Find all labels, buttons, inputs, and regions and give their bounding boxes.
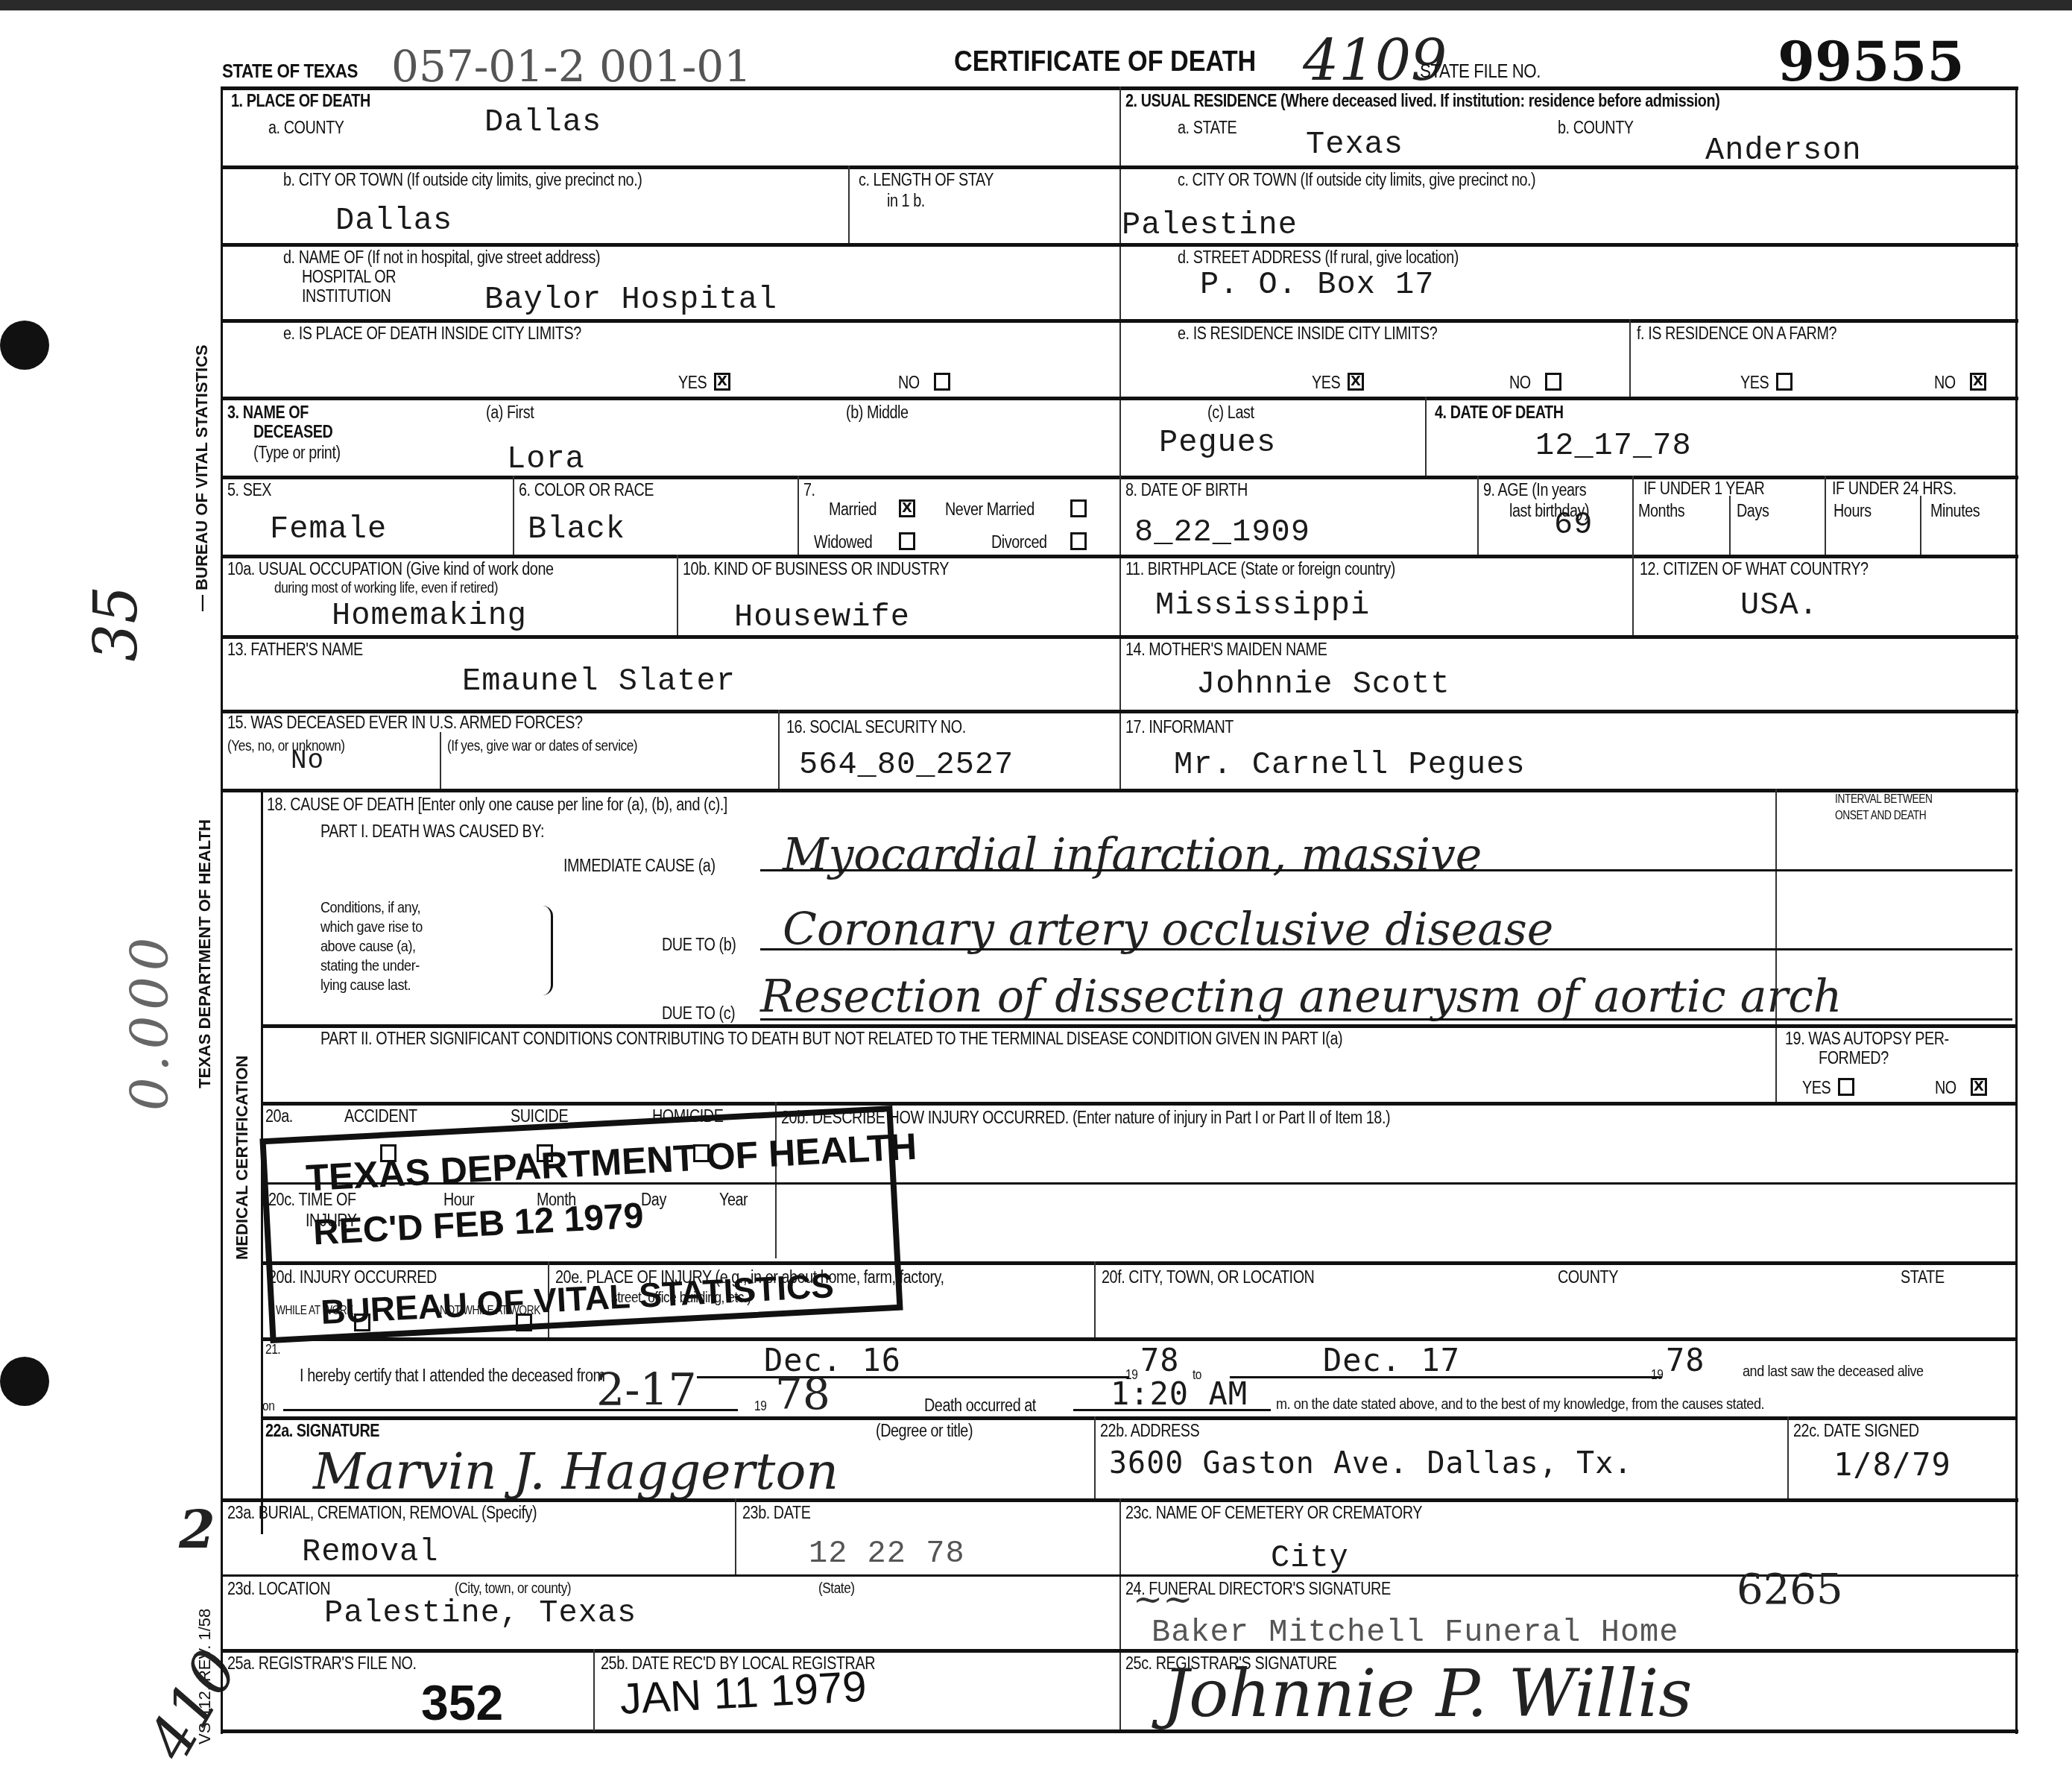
residence-street-value: P. O. Box 17 [1200,267,1434,303]
cell-divider [1825,476,1826,556]
cell-divider [735,1498,736,1574]
married-checkbox[interactable]: X [899,499,915,517]
center-divider [1119,86,1121,789]
autopsy-yes-checkbox[interactable] [1838,1078,1854,1096]
never-married-checkbox[interactable] [1070,499,1087,517]
inside-city-label: e. IS PLACE OF DEATH INSIDE CITY LIMITS? [283,324,581,344]
cell-divider [513,476,514,556]
interval-divider [1775,789,1777,1102]
date-signed-value: 1/8/79 [1833,1446,1951,1483]
farm-yes-checkbox[interactable] [1776,373,1793,391]
yes-label: YES [1802,1078,1831,1098]
middle-name-label: (b) Middle [846,403,909,423]
cell-divider [1094,1261,1096,1337]
conditions-label: which gave rise to [320,918,423,936]
no-label: NO [898,373,920,393]
disposition-date-value: 12 22 78 [809,1536,965,1571]
death-time-tail-text: m. on the date stated above, and to the … [1276,1396,1764,1413]
cell-divider [1729,496,1731,556]
injury-city-label: 20f. CITY, TOWN, OR LOCATION [1102,1267,1314,1287]
punch-hole [0,1357,49,1406]
cell-divider [1632,476,1634,556]
attended-to-date: Dec. 17 [1323,1342,1460,1378]
residence-state-value: Texas [1306,127,1403,163]
residence-state-label: a. STATE [1178,118,1236,138]
part2-label: PART II. OTHER SIGNIFICANT CONDITIONS CO… [320,1029,1342,1049]
row-divider [221,789,2018,792]
interval-label-2: ONSET AND DEATH [1835,810,1926,823]
dob-label: 8. DATE OF BIRTH [1125,480,1248,500]
row-divider [221,319,2018,323]
on-label: on [262,1399,274,1414]
length-of-stay-label-2: in 1 b. [887,191,925,211]
autopsy-label-2: FORMED? [1819,1048,1889,1068]
scan-top-edge [0,0,2072,10]
handwritten-code: 057-01-2 001-01 [391,41,751,92]
never-married-label: Never Married [945,499,1035,520]
registrar-file-label: 25a. REGISTRAR'S FILE NO. [227,1653,417,1674]
yes-label: YES [1312,373,1340,393]
margin-medical-cert-label: MEDICAL CERTIFICATION [233,1056,252,1260]
widowed-checkbox[interactable] [899,532,915,550]
days-label: Days [1737,501,1769,521]
dob-value: 8_22_1909 [1134,514,1310,550]
sex-value: Female [270,511,387,547]
row-divider [221,635,2018,639]
interval-label: INTERVAL BETWEEN [1835,793,1932,807]
hospital-value: Baylor Hospital [484,282,777,318]
residence-city-value: Palestine [1122,207,1298,243]
residence-city-label: c. CITY OR TOWN (If outside city limits,… [1178,170,1535,190]
fill-line [697,1376,1129,1378]
occupation-label: 10a. USUAL OCCUPATION (Give kind of work… [227,559,554,579]
residence-county-label: b. COUNTY [1558,118,1634,138]
last-name-label: (c) Last [1207,403,1254,423]
accident-label: ACCIDENT [344,1106,417,1126]
cause-of-death-label: 18. CAUSE OF DEATH [Enter only one cause… [267,795,727,815]
cell-divider [1119,476,1121,556]
cell-divider [593,1649,595,1731]
death-time-value: 1:20 AM [1111,1375,1248,1412]
conditions-label: stating the under- [320,957,420,975]
yes-label: YES [678,373,707,393]
sex-label: 5. SEX [227,480,271,500]
fill-line [1230,1376,1662,1378]
father-label: 13. FATHER'S NAME [227,640,363,660]
date-signed-label: 22c. DATE SIGNED [1793,1421,1919,1441]
hospital-label-3: INSTITUTION [302,286,391,306]
married-label: Married [829,499,877,520]
cause-line-c [760,1018,2012,1021]
registrar-file-number: 352 [421,1674,503,1731]
armed-forces-label: 15. WAS DECEASED EVER IN U.S. ARMED FORC… [227,713,582,733]
length-of-stay-label: c. LENGTH OF STAY [859,170,994,190]
widowed-label: Widowed [814,532,872,552]
place-of-death-label: 1. PLACE OF DEATH [231,91,370,111]
cause-line-a [760,869,2012,871]
occupation-label-2: during most of working life, even if ret… [274,580,498,597]
immediate-cause-label: IMMEDIATE CAUSE (a) [563,856,716,876]
cell-divider [1119,1498,1121,1729]
cell-divider [1425,397,1427,477]
divorced-label: Divorced [991,532,1047,552]
row-divider [221,397,2018,400]
last-saw-text: and last saw the deceased alive [1743,1363,1924,1381]
occupation-value: Homemaking [332,598,527,634]
degree-label: (Degree or title) [876,1421,973,1441]
cemetery-value: City [1271,1540,1349,1576]
frame-right [2015,86,2018,1734]
certificate-title: CERTIFICATE OF DEATH [954,46,1256,78]
business-label: 10b. KIND OF BUSINESS OR INDUSTRY [683,559,949,579]
due-to-c-label: DUE TO (c) [662,1003,735,1024]
residence-county-value: Anderson [1705,133,1862,168]
conditions-label: Conditions, if any, [320,899,420,917]
injury-type-label: 20a. [265,1106,293,1126]
ssn-value: 564_80_2527 [799,747,1014,783]
margin-handwritten-2: 2 [179,1498,215,1560]
marital-label: 7. [803,480,815,500]
injury-state-label: STATE [1901,1267,1945,1287]
months-label: Months [1638,501,1684,521]
year-prefix: 19 [754,1399,766,1414]
usual-residence-label: 2. USUAL RESIDENCE (Where deceased lived… [1125,91,1719,111]
first-name-value: Lora [507,441,585,477]
row-divider [221,165,2018,169]
residence-inside-city-no-checkbox[interactable] [1545,373,1561,391]
row-divider [261,1102,2017,1106]
cell-divider [1477,476,1479,556]
age-label: 9. AGE (In years [1483,480,1586,500]
year-prefix: 19 [1651,1367,1663,1383]
citizen-value: USA. [1740,587,1819,623]
due-to-b-label: DUE TO (b) [662,935,736,955]
physician-address: 3600 Gaston Ave. Dallas, Tx. [1109,1446,1632,1481]
death-city-label: b. CITY OR TOWN (If outside city limits,… [283,170,642,190]
armed-forces-sub-label: (Yes, no, or unknown) [227,738,345,755]
cemetery-label: 23c. NAME OF CEMETERY OR CREMATORY [1125,1503,1422,1523]
immediate-cause-value: Myocardial infarction, massive [783,829,1482,881]
state-file-number: 99555 [1778,30,1965,93]
margin-bureau-label: — BUREAU OF VITAL STATISTICS [192,344,212,611]
row-divider [221,555,2018,558]
death-city-value: Dallas [335,203,452,239]
location-label: 23d. LOCATION [227,1579,330,1599]
margin-handwritten-circles: 0.000 [119,932,180,1111]
farm-no-checkbox[interactable]: X [1970,373,1986,391]
hours-label: Hours [1833,501,1872,521]
state-label: STATE OF TEXAS [222,60,358,83]
margin-dept-label: TEXAS DEPARTMENT OF HEALTH [195,819,215,1088]
cell-divider [848,165,850,245]
registrar-signature: Johnnie P. Willis [1163,1655,1692,1732]
conditions-label: lying cause last. [320,977,411,994]
disposition-date-label: 23b. DATE [742,1503,810,1523]
cause-line-b [760,948,2012,950]
row-divider [221,243,2018,247]
funeral-director-number: 6265 [1737,1565,1843,1614]
row-divider [261,1024,2017,1028]
inside-city-yes-checkbox[interactable]: X [714,373,730,391]
divorced-checkbox[interactable] [1070,532,1087,550]
disposition-label: 23a. BURIAL, CREMATION, REMOVAL (Specify… [227,1503,537,1523]
cell-divider [1094,1416,1096,1500]
mother-label: 14. MOTHER'S MAIDEN NAME [1125,640,1327,660]
birthplace-value: Mississippi [1155,587,1370,623]
age-value: 69 [1554,507,1593,543]
cell-divider [440,732,441,790]
due-to-c-value: Resection of dissecting aneurysm of aort… [760,971,1842,1023]
margin-handwritten-35: 35 [81,586,151,662]
frame-left [221,86,223,1734]
state-sub-label: (State) [818,1580,855,1598]
date-of-death-value: 12_17_78 [1535,428,1692,464]
name-label-2: DECEASED [253,422,332,442]
name-label-3: (Type or print) [253,443,341,463]
birthplace-label: 11. BIRTHPLACE (State or foreign country… [1125,559,1395,579]
inside-city-no-checkbox[interactable] [934,373,950,391]
autopsy-label: 19. WAS AUTOPSY PER- [1785,1029,1949,1049]
signature-label: 22a. SIGNATURE [265,1421,379,1441]
punch-hole [0,321,49,370]
autopsy-no-checkbox[interactable]: X [1971,1078,1987,1096]
address-label: 22b. ADDRESS [1100,1421,1199,1441]
row-divider [261,1337,2017,1341]
informant-value: Mr. Carnell Pegues [1174,747,1526,783]
armed-forces-value: No [291,745,324,776]
part1-label: PART I. DEATH WAS CAUSED BY: [320,822,544,842]
business-value: Housewife [734,599,910,635]
injury-county-label: COUNTY [1558,1267,1618,1287]
fill-line [283,1409,738,1411]
hospital-label: d. NAME OF (If not in hospital, give str… [283,247,600,268]
county-label: a. COUNTY [268,118,344,138]
conditions-label: above cause (a), [320,938,416,956]
funeral-home-value: Baker Mitchell Funeral Home [1152,1615,1679,1650]
death-county-value: Dallas [484,104,601,140]
cell-divider [797,476,799,556]
race-label: 6. COLOR OR RACE [519,480,654,500]
under-1-year-label: IF UNDER 1 YEAR [1643,479,1764,499]
armed-service-label: (If yes, give war or dates of service) [447,738,637,755]
mother-value: Johnnie Scott [1196,666,1450,702]
first-name-label: (a) First [486,403,534,423]
date-of-death-label: 4. DATE OF DEATH [1435,403,1564,423]
cell-divider [1629,319,1631,397]
name-label: 3. NAME OF [227,403,309,423]
citizen-label: 12. CITIZEN OF WHAT COUNTRY? [1640,559,1869,579]
cell-divider [1632,555,1634,635]
death-occurred-label: Death occurred at [924,1396,1036,1416]
cell-divider [1920,496,1921,556]
father-value: Emaunel Slater [462,663,736,699]
hospital-label-2: HOSPITAL OR [302,267,396,287]
physician-signature: Marvin J. Haggerton [313,1442,838,1501]
last-name-value: Pegues [1159,425,1276,461]
cell-divider [677,555,678,635]
disposition-value: Removal [302,1534,438,1570]
attended-to-year: 78 [1666,1342,1705,1378]
certify-item-label: 21. [265,1342,280,1358]
cell-divider [1787,1416,1789,1500]
race-value: Black [528,511,625,547]
location-value: Palestine, Texas [324,1595,637,1631]
residence-inside-city-label: e. IS RESIDENCE INSIDE CITY LIMITS? [1178,324,1437,344]
farm-label: f. IS RESIDENCE ON A FARM? [1637,324,1836,344]
residence-inside-city-yes-checkbox[interactable]: X [1348,373,1364,391]
certify-text: I hereby certify that I attended the dec… [300,1366,605,1386]
row-divider [261,1416,2017,1420]
fill-line [1073,1409,1271,1411]
residence-street-label: d. STREET ADDRESS (If rural, give locati… [1178,247,1459,268]
row-divider [221,1649,2018,1653]
no-label: NO [1935,1078,1956,1098]
yes-label: YES [1740,373,1769,393]
minutes-label: Minutes [1930,501,1980,521]
no-label: NO [1934,373,1956,393]
cell-divider [778,710,780,790]
brace-icon [543,906,553,995]
under-24-hrs-label: IF UNDER 24 HRS. [1832,479,1956,499]
attended-from-year: 78 [1140,1342,1180,1378]
ssn-label: 16. SOCIAL SECURITY NO. [786,717,966,737]
last-saw-year: 78 [775,1369,830,1419]
state-file-label: STATE FILE NO. [1420,60,1541,83]
informant-label: 17. INFORMANT [1125,717,1234,737]
no-label: NO [1509,373,1531,393]
